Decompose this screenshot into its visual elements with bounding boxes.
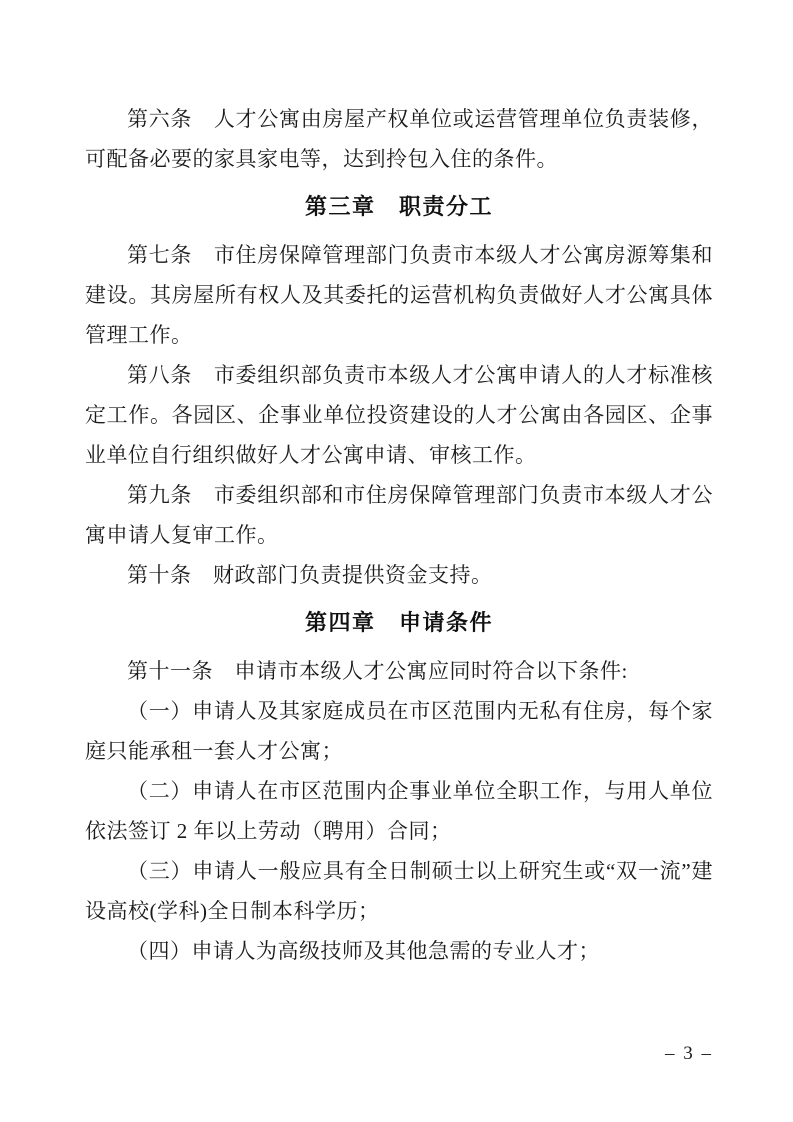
article-8-paragraph: 第八条 市委组织部负责市本级人才公寓申请人的人才标准核定工作。各园区、企事业单位… <box>85 355 713 475</box>
condition-item-1: （一）申请人及其家庭成员在市区范围内无私有住房，每个家庭只能承租一套人才公寓； <box>85 691 713 771</box>
article-10-paragraph: 第十条 财政部门负责提供资金支持。 <box>85 555 713 595</box>
document-page: 第六条 人才公寓由房屋产权单位或运营管理单位负责装修，可配备必要的家具家电等，达… <box>0 0 793 1122</box>
article-9-paragraph: 第九条 市委组织部和市住房保障管理部门负责市本级人才公寓申请人复审工作。 <box>85 475 713 555</box>
condition-item-2: （二）申请人在市区范围内企事业单位全职工作，与用人单位依法签订 2 年以上劳动（… <box>85 771 713 851</box>
condition-item-4: （四）申请人为高级技师及其他急需的专业人才； <box>85 931 713 971</box>
article-7-paragraph: 第七条 市住房保障管理部门负责市本级人才公寓房源筹集和建设。其房屋所有权人及其委… <box>85 235 713 355</box>
article-11-paragraph: 第十一条 申请市本级人才公寓应同时符合以下条件: <box>85 651 713 691</box>
chapter-3-heading: 第三章 职责分工 <box>85 188 713 226</box>
chapter-4-heading: 第四章 申请条件 <box>85 604 713 642</box>
article-6-paragraph: 第六条 人才公寓由房屋产权单位或运营管理单位负责装修，可配备必要的家具家电等，达… <box>85 99 713 179</box>
page-number: – 3 – <box>665 1043 713 1065</box>
condition-item-3: （三）申请人一般应具有全日制硕士以上研究生或“双一流”建设高校(学科)全日制本科… <box>85 851 713 931</box>
